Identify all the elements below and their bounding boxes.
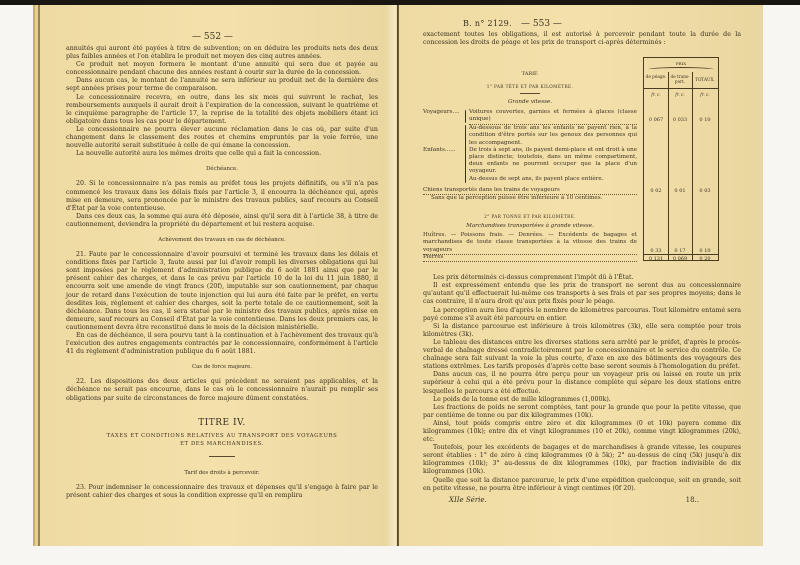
spacer <box>423 262 741 274</box>
paragraph: Les prix déterminés ci-dessus comprennen… <box>423 274 741 282</box>
value-transport: 0 069 <box>668 255 692 263</box>
paragraph: exactement toutes les obligations, il es… <box>423 31 741 47</box>
tariff-row-pierres: Pierres <box>423 254 637 262</box>
column-header-totaux: TOTAUX. <box>692 77 718 82</box>
titre-subtitle-line: TAXES ET CONDITIONS RELATIVES AU TRANSPO… <box>66 432 378 440</box>
tariff-section-1: 1° PAR TÊTE ET PAR KILOMÈTRE. <box>423 83 637 90</box>
paragraph: 22. Les dispositions des deux articles q… <box>66 378 378 402</box>
column-divider <box>692 72 693 260</box>
value-total: 0 10 <box>692 116 718 124</box>
unit-label: fr. c. <box>644 91 668 99</box>
paragraph: La nouvelle autorité aura les mêmes droi… <box>66 150 378 158</box>
paragraph: 20. Si le concessionnaire n'a pas remis … <box>66 180 378 212</box>
value-peage: 0 067 <box>644 116 668 124</box>
section-heading-tarif: Tarif des droits à percevoir. <box>66 469 378 477</box>
paragraph: Ce produit net moyen formera le montant … <box>66 61 378 77</box>
value-peage: 0 02 <box>644 187 668 195</box>
value-total: 0 20 <box>692 255 718 263</box>
section-heading-achevement: Achèvement des travaux en cas de déchéan… <box>66 236 378 244</box>
titre-subtitle: TAXES ET CONDITIONS RELATIVES AU TRANSPO… <box>66 432 378 448</box>
brace <box>465 110 466 123</box>
paragraph: Quelle que soit la distance parcourue, l… <box>423 477 741 493</box>
row-description: Au-dessous de trois ans les enfants ne p… <box>469 125 637 183</box>
row-description: Voitures couvertes, garnies et fermées à… <box>469 109 637 124</box>
column-divider <box>668 72 669 260</box>
column-header-peage: de péage. <box>644 74 668 79</box>
paragraph: En cas de déchéance, il sera pourvu tant… <box>66 332 378 356</box>
signature-mark: 18.. <box>686 496 699 504</box>
paragraph: Toutefois, pour les excédents de bagages… <box>423 444 741 476</box>
value-transport: 0 01 <box>668 187 692 195</box>
grande-vitesse-heading: Grande vitesse. <box>423 99 637 106</box>
paragraph: Si la distance parcourue est inférieure … <box>423 323 741 339</box>
right-page-body: exactement toutes les obligations, il es… <box>423 31 741 493</box>
paragraph: Le poids de la tonne est de mille kilogr… <box>423 396 741 404</box>
tariff-row-huitres: Huîtres. — Poissons frais. — Denrées. — … <box>423 232 637 255</box>
tariff-section-2: 2° PAR TONNE ET PAR KILOMÈTRE. <box>423 213 637 220</box>
section-heading-force-majeure: Cas de force majeure. <box>66 363 378 371</box>
divider-rule <box>520 93 540 94</box>
paragraph: Dans aucun cas, le montant de l'annuité … <box>66 77 378 93</box>
header-brace <box>648 67 714 72</box>
page-number: — 553 — <box>521 19 562 29</box>
row-label: Enfants...... <box>423 147 455 154</box>
titre-subtitle-line: ET DES MARCHANDISES. <box>66 440 378 448</box>
paragraph: Les fractions de poids ne seront comptée… <box>423 404 741 420</box>
divider-rule <box>209 456 235 457</box>
paragraph: Ainsi, tout poids compris entre zéro et … <box>423 420 741 444</box>
header-divider <box>644 88 718 89</box>
tariff-price-columns: PRIX de péage. de trans-port. TOTAUX. fr… <box>643 57 719 261</box>
paragraph: Le tableau des distances entre les diver… <box>423 339 741 371</box>
enfants-rule: Au-dessus de sept ans, ils payent place … <box>469 176 637 183</box>
section-heading-decheance: Déchéance. <box>66 165 378 173</box>
paragraph: La perception aura lieu d'après le nombr… <box>423 307 741 323</box>
left-page: — 552 — annuités qui auront été payées à… <box>38 5 398 546</box>
tariff-table: TARIF. 1° PAR TÊTE ET PAR KILOMÈTRE. Gra… <box>423 57 741 262</box>
row-note: Sans que la perception puisse être infér… <box>423 195 637 202</box>
value-transport: 0 033 <box>668 116 692 124</box>
paragraph: Le concessionnaire recevra, en outre, da… <box>66 94 378 126</box>
series-footer: XIIe Série. <box>449 496 487 504</box>
paragraph: annuités qui auront été payées à titre d… <box>66 45 378 61</box>
paragraph: 23. Pour indemniser le concessionnaire d… <box>66 484 378 500</box>
page-number: — 552 — <box>192 32 233 42</box>
marchandises-heading: Marchandises transportées à grande vites… <box>423 223 637 230</box>
tariff-row-chiens: Chiens transportés dans les trains de vo… <box>423 187 637 202</box>
bulletin-number: B. n° 2129. <box>463 19 512 28</box>
value-total: 0 03 <box>692 187 718 195</box>
left-page-body: annuités qui auront été payées à titre d… <box>66 45 378 500</box>
brace <box>465 125 466 183</box>
paragraph: Dans ces deux cas, la somme qui aura été… <box>66 213 378 229</box>
paragraph: Le concessionnaire ne pourra élever aucu… <box>66 126 378 150</box>
tariff-title: TARIF. <box>423 71 637 78</box>
paragraph: Dans aucun cas, il ne pourra être perçu … <box>423 371 741 395</box>
titre-heading: TITRE IV. <box>66 419 378 427</box>
unit-label: fr. c. <box>692 91 718 99</box>
column-header-transport: de trans-port. <box>668 74 692 84</box>
paragraph: Il est expressément entendu que les prix… <box>423 282 741 306</box>
unit-label: fr. c. <box>668 91 692 99</box>
right-page: B. n° 2129. — 553 — exactement toutes le… <box>398 5 763 546</box>
paragraph: 21. Faute par le concessionnaire d'avoir… <box>66 251 378 332</box>
value-peage: 0 131 <box>644 255 668 263</box>
enfants-rule: De trois à sept ans, ils payent demi-pla… <box>469 147 637 176</box>
row-label: Voyageurs.... <box>423 109 460 116</box>
enfants-rule: Au-dessous de trois ans les enfants ne p… <box>469 125 637 147</box>
